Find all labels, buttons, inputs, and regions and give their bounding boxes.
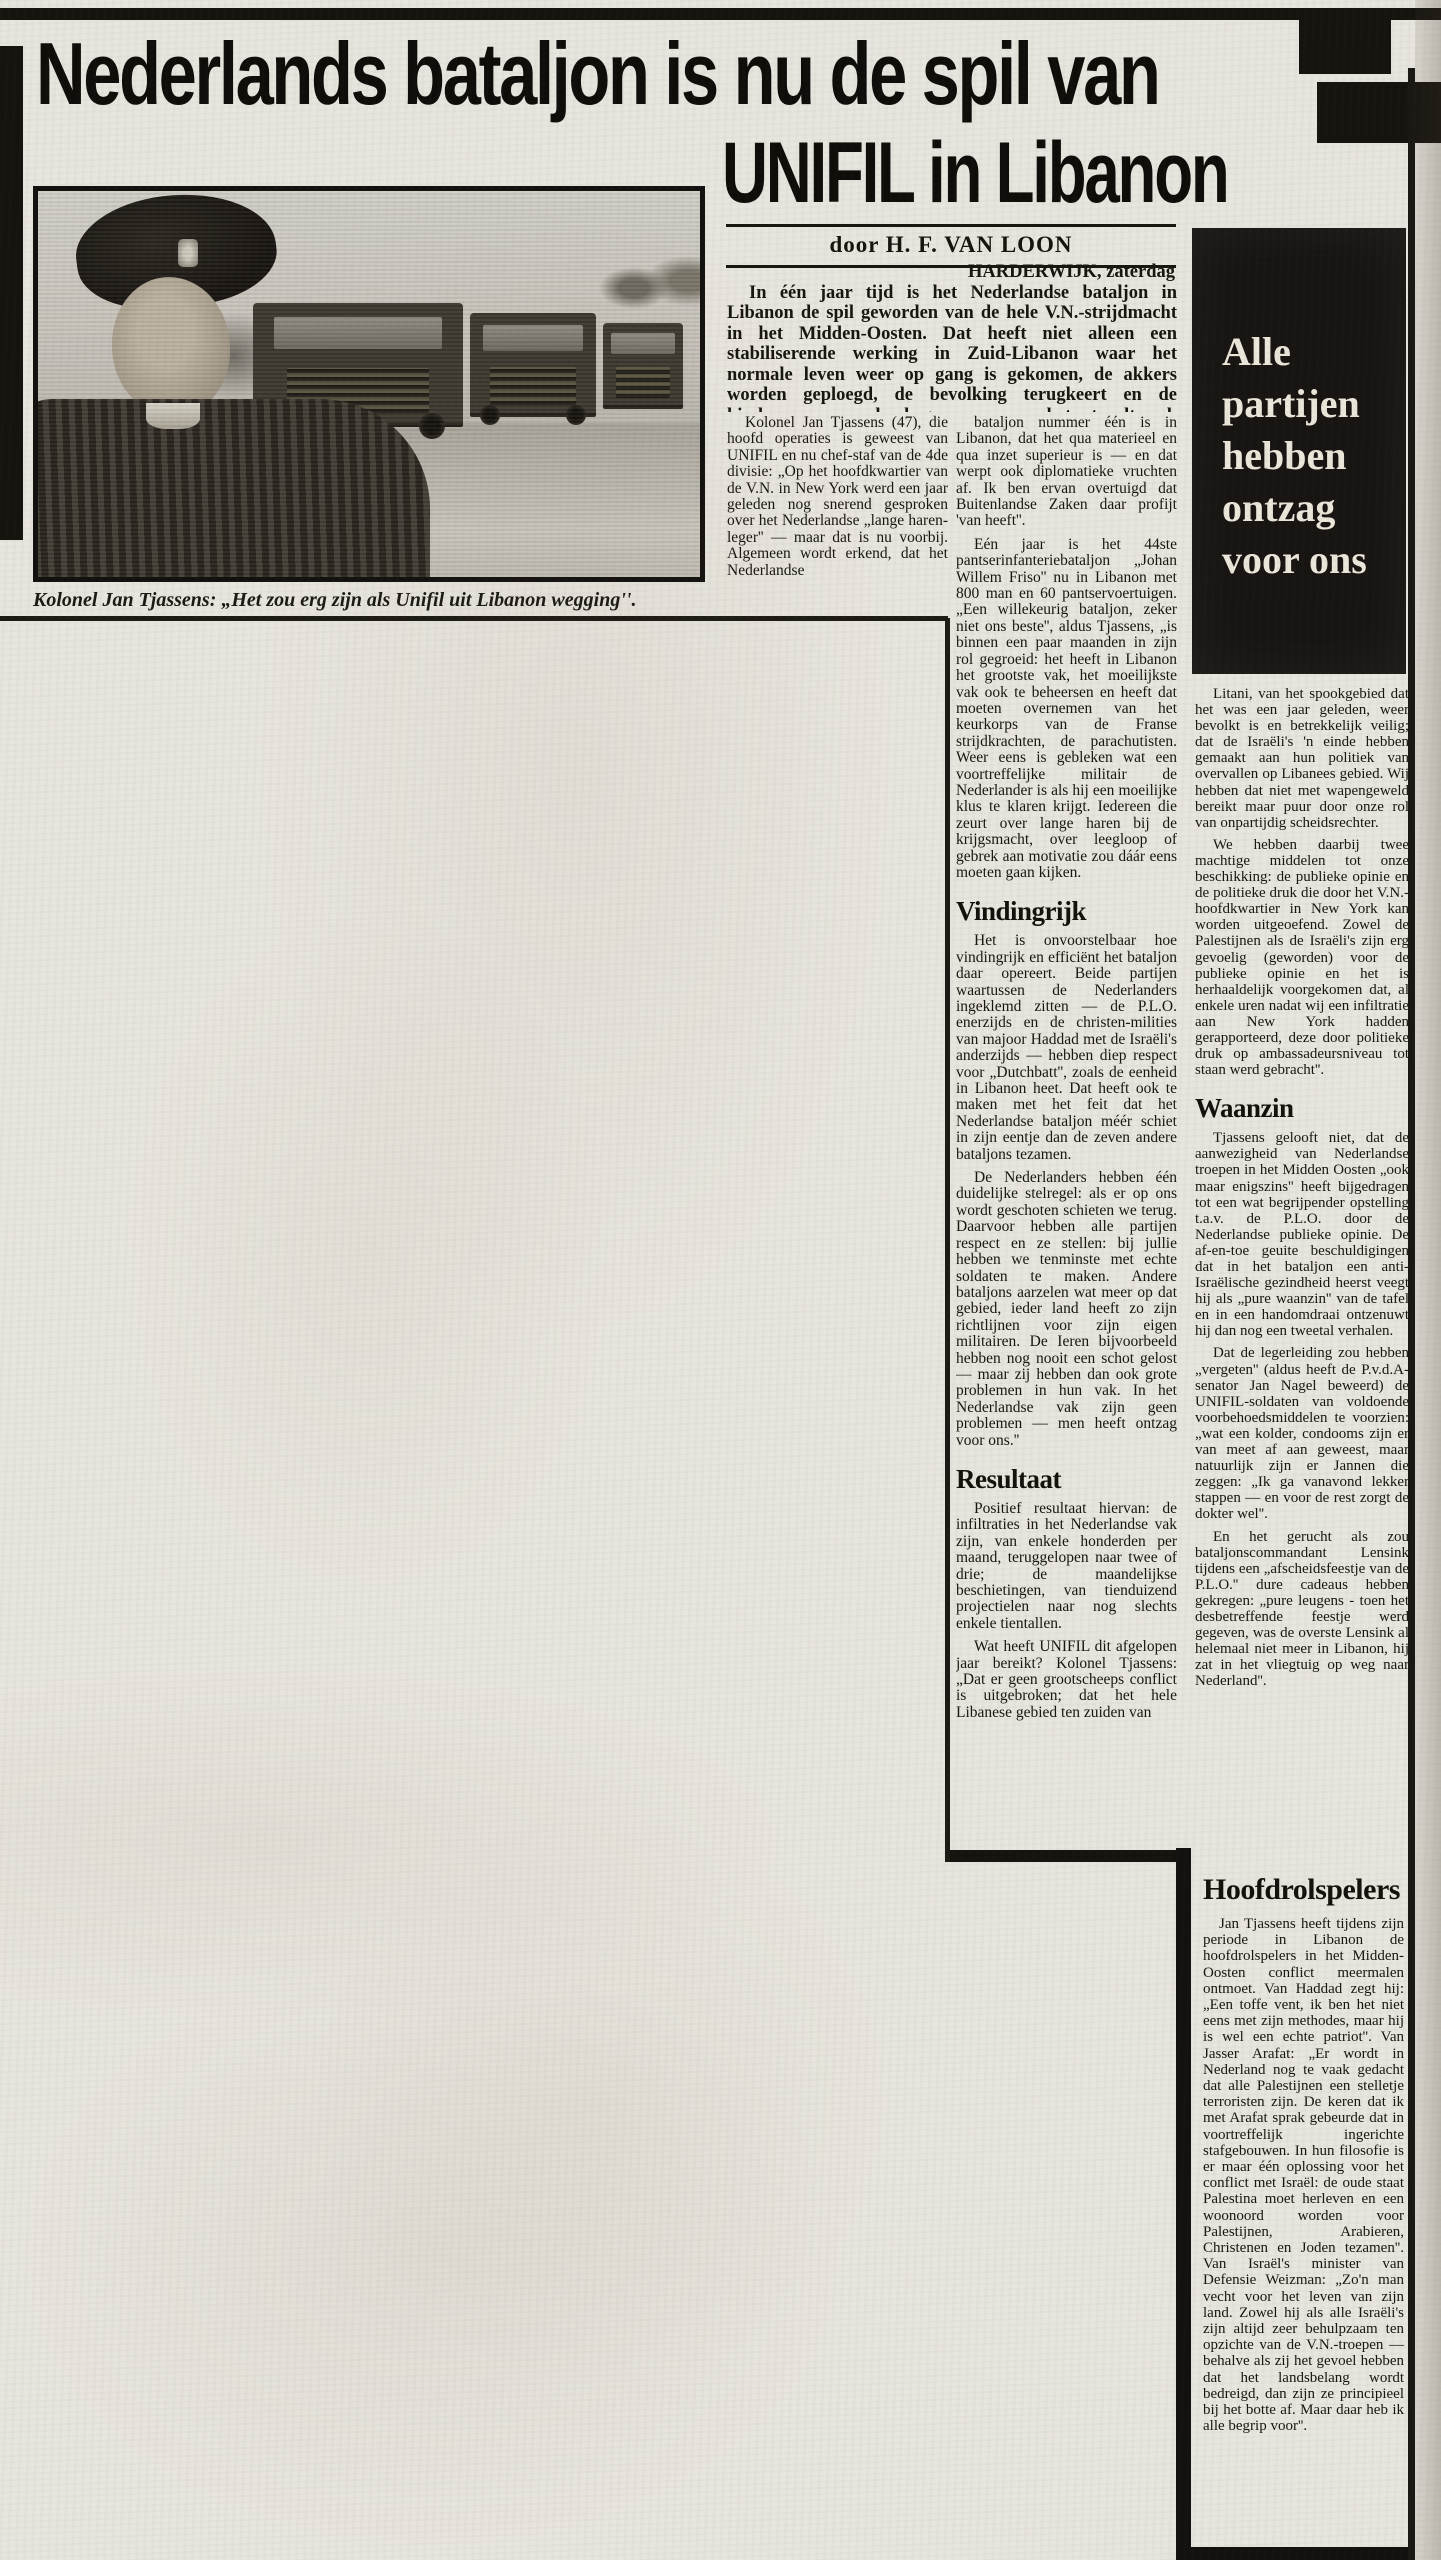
pull-quote-line: ontzag bbox=[1222, 482, 1406, 534]
right-edge-rule bbox=[1408, 68, 1415, 2560]
section-header-waanzin: Waanzin bbox=[1195, 1093, 1409, 1123]
hoofdrolspelers-content: Hoofdrolspelers Jan Tjassens heeft tijde… bbox=[1191, 1848, 1408, 2547]
paragraph: Jan Tjassens heeft tijdens zijn periode … bbox=[1203, 1916, 1404, 2435]
article-photo bbox=[33, 186, 705, 582]
pull-quote-line: Alle bbox=[1222, 326, 1406, 378]
body-column-middle: bataljon nummer één is in Libanon, dat h… bbox=[956, 415, 1177, 1847]
right-scan-shadow bbox=[1415, 0, 1441, 2560]
photo-grain bbox=[38, 191, 700, 577]
left-edge-bar bbox=[0, 46, 23, 540]
top-right-black-block bbox=[1299, 12, 1391, 74]
newspaper-page: Nederlands bataljon is nu de spil van UN… bbox=[0, 0, 1441, 2560]
paragraph: Tjassens gelooft niet, dat de aanwezighe… bbox=[1195, 1130, 1409, 1339]
dateline: HARDERWIJK, zaterdag bbox=[727, 262, 1177, 283]
headline-line2: UNIFIL in Libanon bbox=[722, 130, 1228, 216]
section-header-vindingrijk: Vindingrijk bbox=[956, 896, 1177, 926]
paragraph: Dat de legerleiding zou hebben „vergeten… bbox=[1195, 1345, 1409, 1522]
paragraph: Litani, van het spookgebied dat het was … bbox=[1195, 686, 1409, 831]
hoofdrolspelers-box: Hoofdrolspelers Jan Tjassens heeft tijde… bbox=[1176, 1848, 1408, 2560]
lead-text: In één jaar tijd is het Nederlandse bata… bbox=[727, 283, 1177, 413]
paragraph: We hebben daarbij twee machtige middelen… bbox=[1195, 837, 1409, 1078]
pull-quote-box: Alle partijen hebben ontzag voor ons bbox=[1192, 228, 1406, 674]
paragraph: bataljon nummer één is in Libanon, dat h… bbox=[956, 415, 1177, 530]
paragraph: Wat heeft UNIFIL dit afgelopen jaar bere… bbox=[956, 1639, 1177, 1721]
paragraph: Kolonel Jan Tjassens (47), die hoofd ope… bbox=[727, 415, 948, 579]
section-header-resultaat: Resultaat bbox=[956, 1464, 1177, 1494]
pull-quote-line: partijen bbox=[1222, 378, 1406, 430]
top-rule bbox=[0, 8, 1441, 20]
paper-stain bbox=[300, 1800, 900, 2400]
section-header-hoofdrolspelers: Hoofdrolspelers bbox=[1203, 1874, 1404, 1906]
paragraph: Het is onvoorstelbaar hoe vindingrijk en… bbox=[956, 933, 1177, 1163]
column-divider-rule bbox=[945, 618, 950, 1862]
pull-quote-line: hebben bbox=[1222, 430, 1406, 482]
paragraph: De Nederlanders hebben één duidelijke st… bbox=[956, 1170, 1177, 1449]
paragraph: En het gerucht als zou bataljonscommanda… bbox=[1195, 1529, 1409, 1690]
intro-paragraph: HARDERWIJK, zaterdag In één jaar tijd is… bbox=[727, 262, 1177, 412]
paper-stain bbox=[120, 900, 620, 1600]
paragraph: Positief resultaat hiervan: de infiltrat… bbox=[956, 1501, 1177, 1632]
body-column-right: Litani, van het spookgebied dat het was … bbox=[1195, 686, 1409, 1846]
section-divider-rule bbox=[0, 616, 948, 621]
paragraph: Eén jaar is het 44ste pantserinfanterieb… bbox=[956, 537, 1177, 882]
column-end-bar bbox=[950, 1850, 1182, 1862]
headline-line1: Nederlands bataljon is nu de spil van bbox=[36, 30, 1159, 118]
body-column-left: Kolonel Jan Tjassens (47), die hoofd ope… bbox=[727, 415, 948, 616]
pull-quote-line: voor ons bbox=[1222, 534, 1406, 586]
photo-caption: Kolonel Jan Tjassens: „Het zou erg zijn … bbox=[33, 588, 703, 612]
